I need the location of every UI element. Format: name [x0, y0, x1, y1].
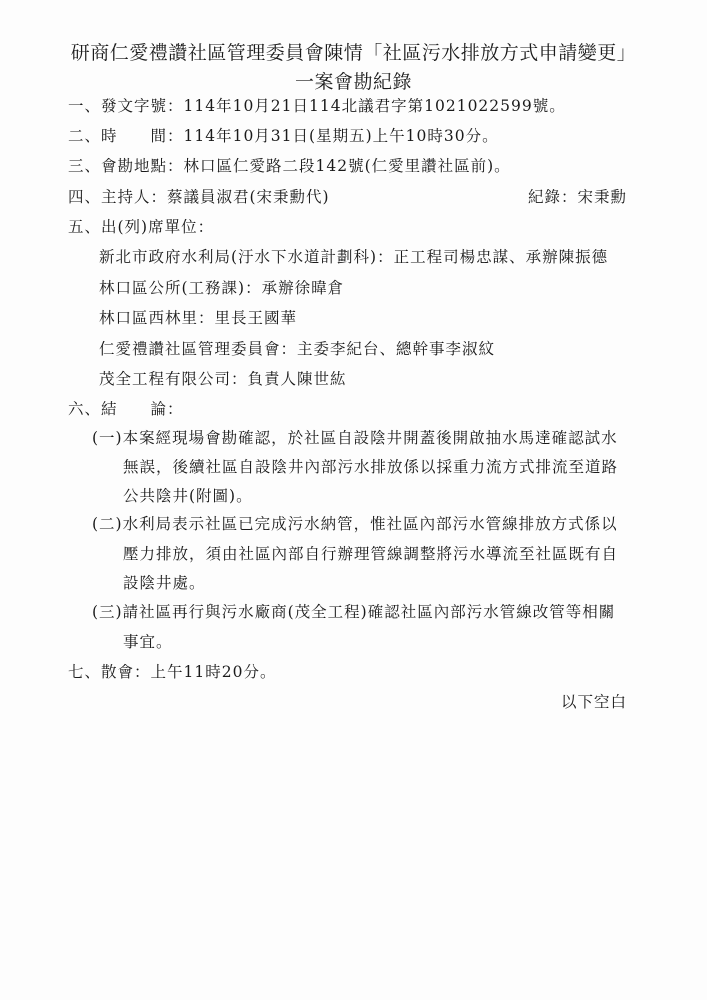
conclusion-2-line: 設陰井處。 [123, 573, 206, 593]
item-inspection-location: 三、會勘地點：林口區仁愛路二段142號(仁愛里讚社區前)。 [68, 156, 511, 176]
item-conclusion-heading: 六、結 論： [68, 399, 184, 419]
blank-below-note: 以下空白 [561, 692, 627, 712]
item-host: 四、主持人：蔡議員淑君(宋秉勳代) [68, 187, 330, 207]
conclusion-1-line: 無誤，後續社區自設陰井內部污水排放係以採重力流方式排流至道路 [123, 457, 618, 477]
attendee-line: 林口區公所(工務課)：承辦徐暐倉 [99, 278, 344, 298]
item-adjourn: 七、散會：上午11時20分。 [68, 662, 276, 682]
conclusion-1-line: 公共陰井(附圖)。 [123, 486, 253, 506]
conclusion-1-line: (一)本案經現場會勘確認，於社區自設陰井開蓋後開啟抽水馬達確認試水 [92, 428, 618, 448]
conclusion-3-line: (三)請社區再行與污水廠商(茂全工程)確認社區內部污水管線改管等相關 [92, 602, 615, 622]
item-meeting-time: 二、時 間：114年10月31日(星期五)上午10時30分。 [68, 126, 499, 146]
document-title-line-2: 一案會勘紀錄 [0, 67, 707, 94]
attendee-line: 茂全工程有限公司：負責人陳世紘 [99, 369, 347, 389]
conclusion-3-line: 事宜。 [123, 632, 173, 652]
item-recorder: 紀錄：宋秉勳 [528, 187, 627, 207]
item-attendees-heading: 五、出(列)席單位： [68, 217, 214, 237]
conclusion-2-line: (二)水利局表示社區已完成污水納管，惟社區內部污水管線排放方式係以 [92, 514, 618, 534]
attendee-line: 新北市政府水利局(汙水下水道計劃科)：正工程司楊忠謀、承辦陳振德 [99, 247, 608, 267]
item-dispatch-number: 一、發文字號：114年10月21日114北議君字第1021022599號。 [68, 96, 566, 116]
attendee-line: 林口區西林里：里長王國華 [99, 308, 297, 328]
document-title-line-1: 研商仁愛禮讚社區管理委員會陳情「社區污水排放方式申請變更」 [0, 38, 707, 65]
attendee-line: 仁愛禮讚社區管理委員會：主委李紀台、總幹事李淑紋 [99, 339, 495, 359]
document-page: 研商仁愛禮讚社區管理委員會陳情「社區污水排放方式申請變更」 一案會勘紀錄 一、發… [0, 0, 707, 1000]
conclusion-2-line: 壓力排放，須由社區內部自行辦理管線調整將污水導流至社區既有自 [123, 544, 618, 564]
